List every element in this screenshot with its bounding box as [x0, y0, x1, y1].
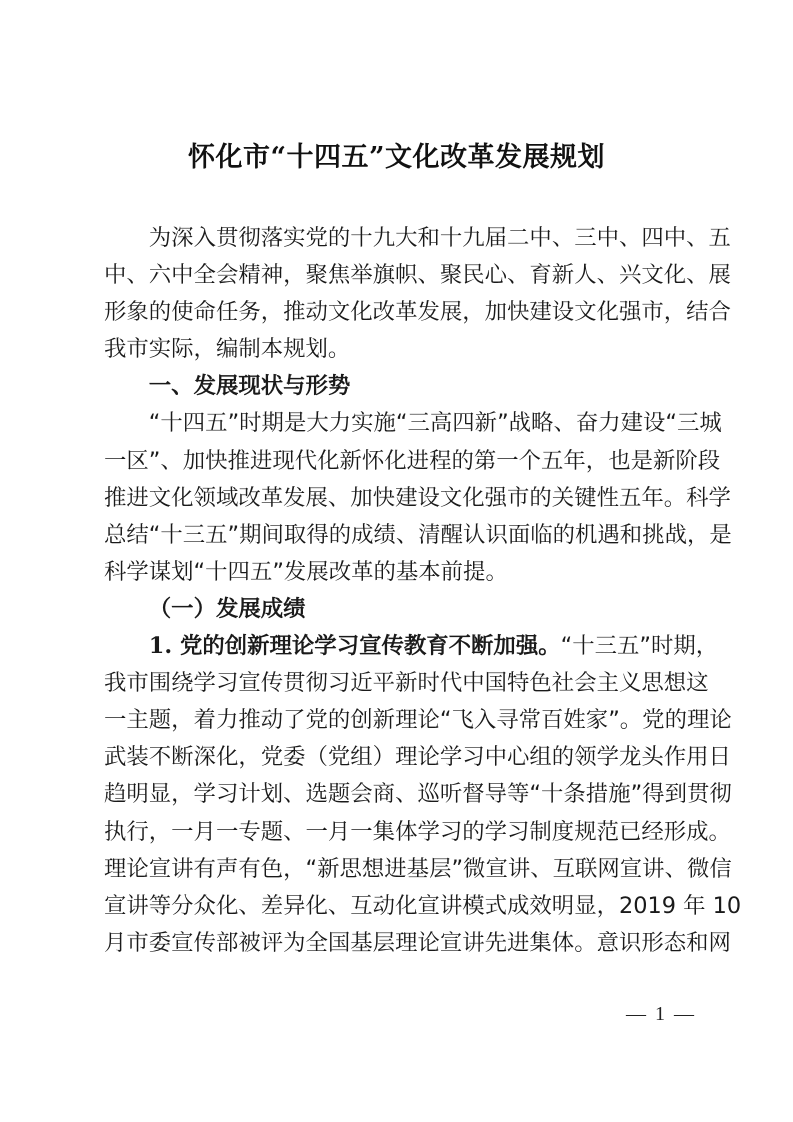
text-line: 推进文化领域改革发展、加快建设文化强市的关键性五年。科学 [104, 480, 692, 517]
text-line: 科学谋划“十四五”发展改革的基本前提。 [104, 554, 692, 591]
text-line: 理论宣讲有声有色，“新思想进基层”微宣讲、互联网宣讲、微信 [104, 851, 692, 888]
text-line: 宣讲等分众化、差异化、互动化宣讲模式成效明显，2019 年 10 [104, 888, 692, 925]
lead-line-rest: “十三五”时期， [561, 633, 719, 659]
text-line: 中、六中全会精神，聚焦举旗帜、聚民心、育新人、兴文化、展 [104, 257, 692, 294]
text-line: 总结“十三五”期间取得的成绩、清醒认识面临的机遇和挑战，是 [104, 517, 692, 554]
document-page: 怀化市“十四五”文化改革发展规划 为深入贯彻落实党的十九大和十九届二中、三中、四… [0, 0, 793, 1122]
document-body: 为深入贯彻落实党的十九大和十九届二中、三中、四中、五 中、六中全会精神，聚焦举旗… [104, 220, 692, 962]
text-line: 一主题，着力推动了党的创新理论“飞入寻常百姓家”。党的理论 [104, 702, 692, 739]
text-line: “十四五”时期是大力实施“三高四新”战略、奋力建设“三城 [104, 405, 692, 442]
text-line: 我市实际，编制本规划。 [104, 331, 692, 368]
text-line: 一区”、加快推进现代化新怀化进程的第一个五年，也是新阶段 [104, 443, 692, 480]
text-line: 形象的使命任务，推动文化改革发展，加快建设文化强市，结合 [104, 294, 692, 331]
subsection-heading: （一）发展成绩 [104, 591, 692, 628]
text-line: 1. 党的创新理论学习宣传教育不断加强。“十三五”时期， [104, 628, 692, 665]
section-heading: 一、发展现状与形势 [104, 368, 692, 405]
text-line: 武装不断深化，党委（党组）理论学习中心组的领学龙头作用日 [104, 739, 692, 776]
text-line: 趋明显，学习计划、选题会商、巡听督导等“十条措施”得到贯彻 [104, 776, 692, 813]
page-number: — 1 — [626, 1003, 696, 1026]
document-title: 怀化市“十四五”文化改革发展规划 [0, 138, 793, 178]
text-line: 我市围绕学习宣传贯彻习近平新时代中国特色社会主义思想这 [104, 665, 692, 702]
text-line: 执行，一月一专题、一月一集体学习的学习制度规范已经形成。 [104, 814, 692, 851]
paragraph-lead: 1. 党的创新理论学习宣传教育不断加强。 [149, 633, 561, 659]
situation-paragraph: “十四五”时期是大力实施“三高四新”战略、奋力建设“三城 一区”、加快推进现代化… [104, 405, 692, 590]
text-line: 为深入贯彻落实党的十九大和十九届二中、三中、四中、五 [104, 220, 692, 257]
intro-paragraph: 为深入贯彻落实党的十九大和十九届二中、三中、四中、五 中、六中全会精神，聚焦举旗… [104, 220, 692, 368]
achievement-paragraph: 1. 党的创新理论学习宣传教育不断加强。“十三五”时期， 我市围绕学习宣传贯彻习… [104, 628, 692, 962]
text-line: 月市委宣传部被评为全国基层理论宣讲先进集体。意识形态和网 [104, 925, 692, 962]
